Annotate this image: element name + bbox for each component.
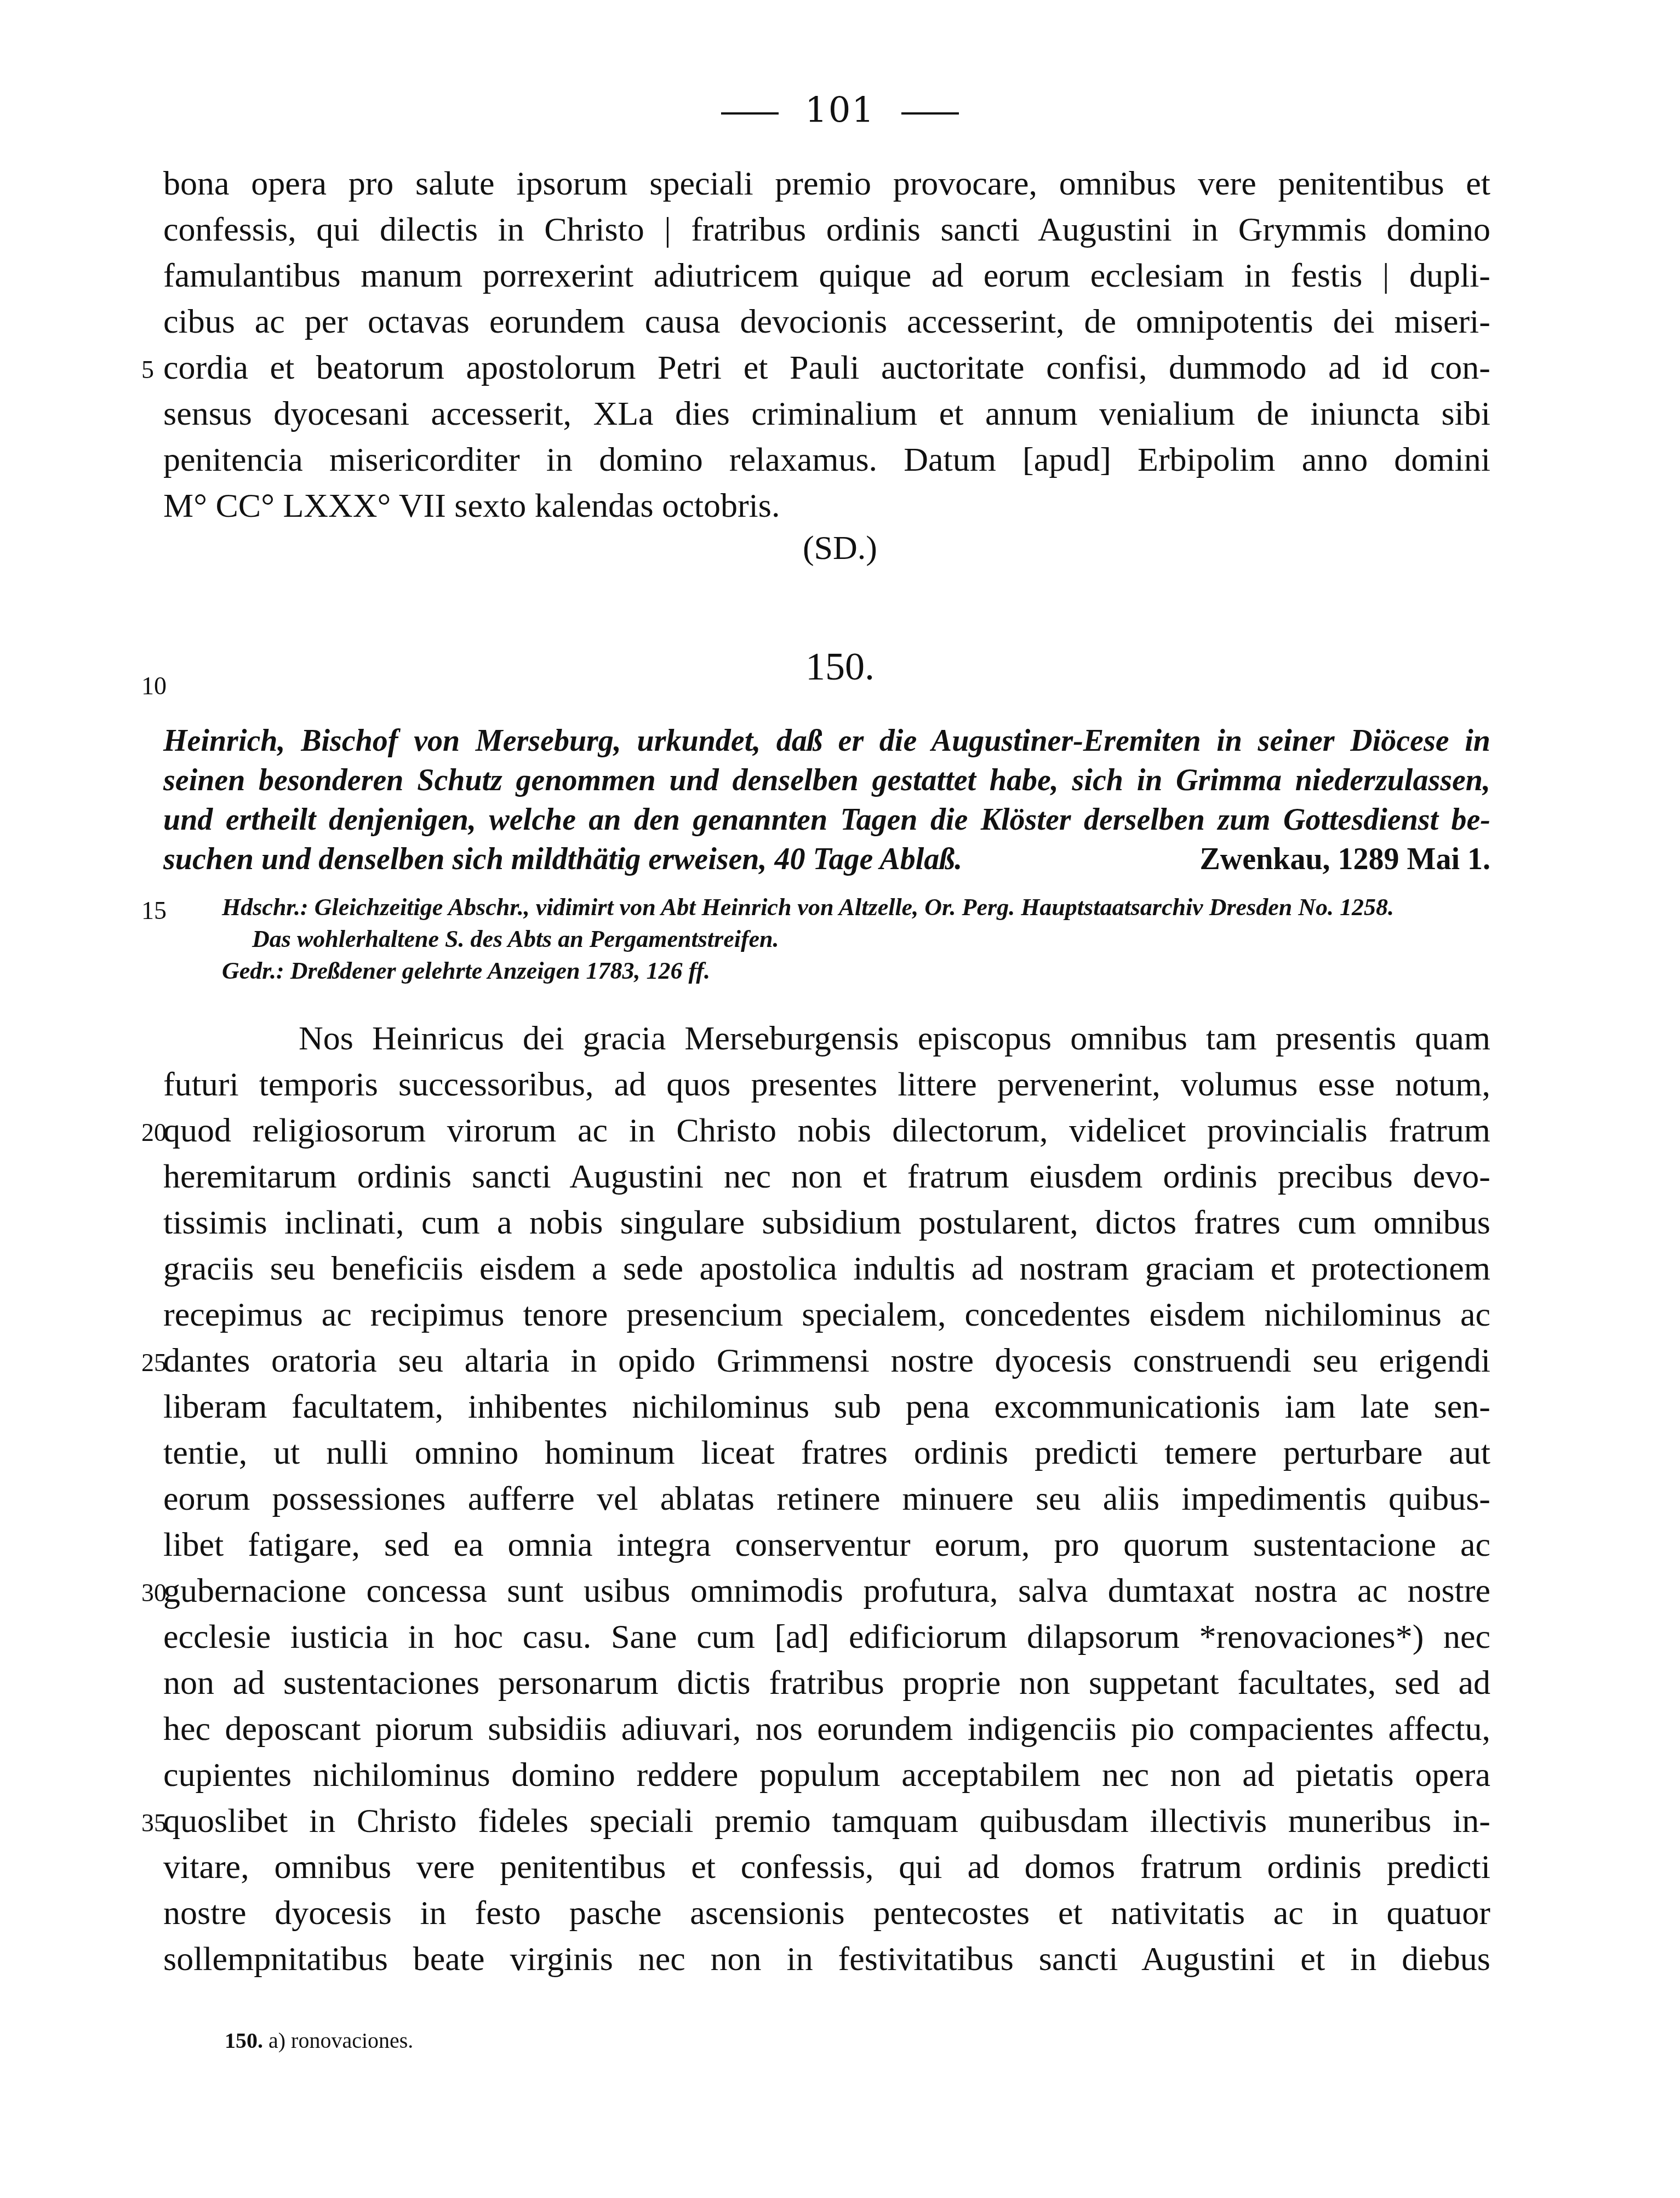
text-line: ecclesie iusticia in hoc casu. Sane cum … [163,1618,1490,1656]
header-rule-left [721,112,779,115]
text-line: graciis seu beneficiis eisdem a sede apo… [163,1249,1490,1288]
sigil-mark: (SD.) [0,529,1680,568]
text-line: gubernacione concessa sunt usibus omnimo… [163,1572,1490,1610]
text-line: cordia et beatorum apostolorum Petri et … [163,349,1490,387]
text-line: confessis, qui dilectis in Christo | fra… [163,210,1490,249]
document-page: 101 bona opera pro salute ipsorum specia… [0,0,1680,2198]
text-line: heremitarum ordinis sancti Augustini nec… [163,1157,1490,1196]
header-rule-right [901,112,959,115]
source-seal: Das wohlerhaltene S. des Abts an Pergame… [252,925,779,953]
text-line: Nos Heinricus dei gracia Merseburgensis … [299,1019,1490,1058]
source-manuscript: Hdschr.: Gleichzeitige Abschr., vidimirt… [222,893,1394,921]
text-line: cibus ac per octavas eorundem causa devo… [163,302,1490,341]
page-header: 101 [0,90,1680,131]
text-line: sensus dyocesani accesserit, XLa dies cr… [163,395,1490,433]
text-line: bona opera pro salute ipsorum speciali p… [163,164,1490,203]
text-line: sollempnitatibus beate virginis nec non … [163,1940,1490,1978]
regest-line: suchen und denselben sich mildthätig erw… [163,842,1490,877]
page-number: 101 [805,90,875,131]
text-line: tentie, ut nulli omnino hominum liceat f… [163,1434,1490,1472]
text-line: liberam facultatem, inhibentes nichilomi… [163,1388,1490,1426]
footnote-text: a) ronovaciones. [268,2028,413,2053]
text-line: quod religiosorum virorum ac in Christo … [163,1111,1490,1150]
footnote: 150. a) ronovaciones. [225,2028,413,2053]
footnote-ref: 150. [225,2028,263,2053]
regest-text: suchen und denselben sich mildthätig erw… [163,842,962,876]
text-line: libet fatigare, sed ea omnia integra con… [163,1526,1490,1564]
source-printed: Gedr.: Dreßdener gelehrte Anzeigen 1783,… [222,957,710,985]
text-line: tissimis inclinati, cum a nobis singular… [163,1203,1490,1242]
text-line: vitare, omnibus vere penitentibus et con… [163,1848,1490,1886]
text-line: nostre dyocesis in festo pasche ascensio… [163,1894,1490,1932]
text-line: cupientes nichilominus domino reddere po… [163,1756,1490,1794]
text-line: hec deposcant piorum subsidiis adiuvari,… [163,1710,1490,1748]
text-line: non ad sustentaciones personarum dictis … [163,1664,1490,1702]
text-line: futuri temporis successoribus, ad quos p… [163,1065,1490,1104]
text-line: recepimus ac recipimus tenore presencium… [163,1295,1490,1334]
regest-line: und ertheilt denjenigen, welche an den g… [163,802,1490,837]
text-line: famulantibus manum porrexerint adiutrice… [163,256,1490,295]
text-line: quoslibet in Christo fideles speciali pr… [163,1802,1490,1840]
document-number: 150. [0,644,1680,689]
text-line: dantes oratoria seu altaria in opido Gri… [163,1341,1490,1380]
text-line: eorum possessiones aufferre vel ablatas … [163,1480,1490,1518]
regest-line: Heinrich, Bischof von Merseburg, urkunde… [163,723,1490,758]
text-line: M° CC° LXXX° VII sexto kalendas octobris… [163,487,1490,525]
line-number: 15 [141,896,167,925]
line-number: 5 [141,355,154,384]
text-line: penitencia misericorditer in domino rela… [163,441,1490,479]
regest-line: seinen besonderen Schutz genommen und de… [163,763,1490,798]
place-date: Zwenkau, 1289 Mai 1. [1200,842,1491,877]
